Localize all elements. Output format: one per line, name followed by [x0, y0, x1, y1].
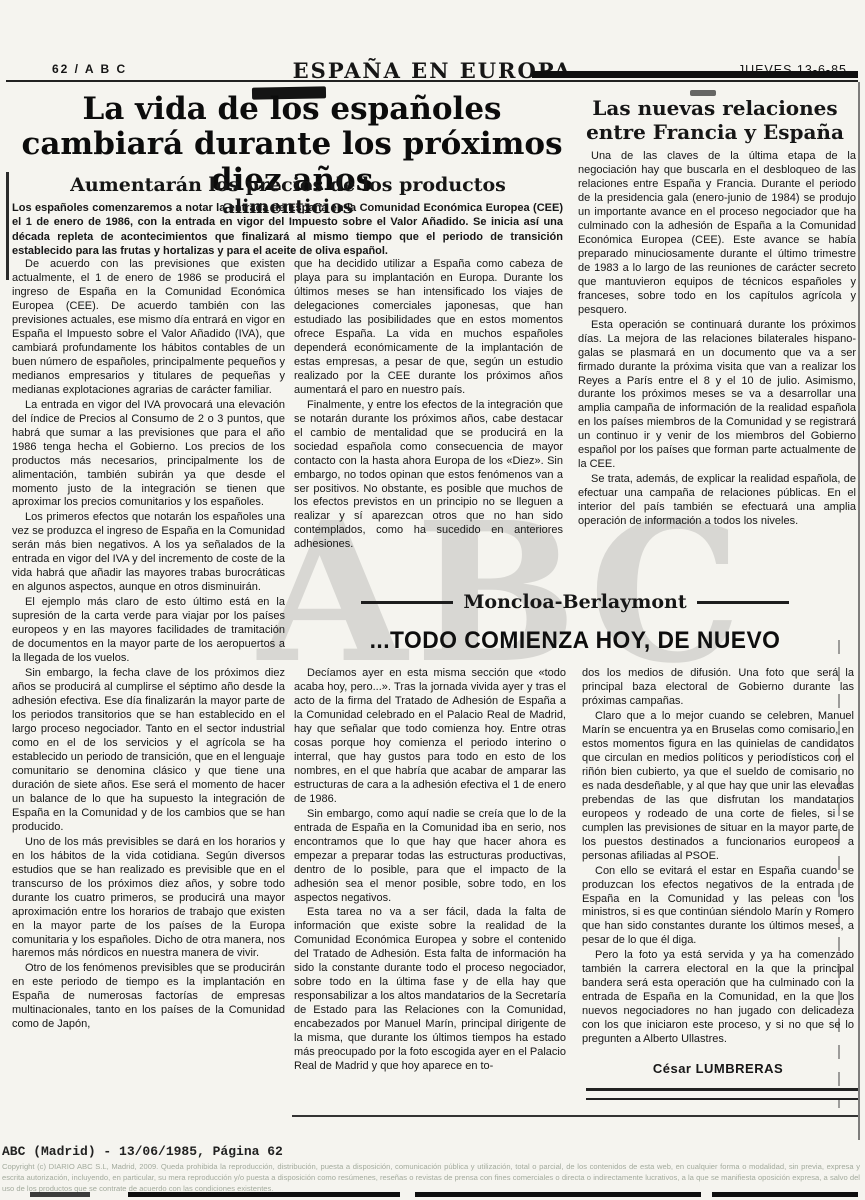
- paragraph: De acuerdo con las previsiones que exist…: [12, 258, 285, 398]
- header-rule: [6, 80, 858, 82]
- paragraph: Otro de los fenómenos previsibles que se…: [12, 962, 285, 1032]
- scan-bottom-bar: [30, 1192, 90, 1197]
- main-article-column-2: que ha decidido utilizar a España como c…: [294, 258, 563, 600]
- page-header: 62 / A B C ESPAÑA EN EUROPA JUEVES 13-6-…: [0, 58, 865, 82]
- paragraph: La entrada en vigor del IVA provocará un…: [12, 399, 285, 511]
- paragraph: Uno de los más previsibles se dará en lo…: [12, 836, 285, 962]
- moncloa-column-2-text: dos los medios de difusión. Una foto que…: [582, 667, 854, 1047]
- paragraph: Finalmente, y entre los efectos de la in…: [294, 399, 563, 553]
- scan-edge-line: [858, 82, 860, 1140]
- paragraph: Con ello se evitará el estar en España c…: [582, 865, 854, 949]
- paragraph: Claro que a lo mejor cuando se celebren,…: [582, 710, 854, 864]
- paragraph: dos los medios de difusión. Una foto que…: [582, 667, 854, 709]
- scan-bottom-bar: [415, 1192, 701, 1197]
- paragraph: Se trata, además, de explicar la realida…: [578, 473, 856, 529]
- paragraph: El ejemplo más claro de esto último está…: [12, 596, 285, 666]
- side-article-body: Una de las claves de la última etapa de …: [578, 150, 856, 596]
- moncloa-column-2: dos los medios de difusión. Una foto que…: [582, 667, 854, 1078]
- moncloa-section-header: Moncloa-Berlaymont: [292, 591, 858, 613]
- moncloa-section-label: Moncloa-Berlaymont: [463, 591, 686, 613]
- copyright-notice: Copyright (c) DIARIO ABC S.L, Madrid, 20…: [2, 1162, 860, 1194]
- main-lead-paragraph: Los españoles comenzaremos a notar la en…: [12, 201, 563, 258]
- moncloa-column-1: Decíamos ayer en esta misma sección que …: [294, 667, 566, 1078]
- paragraph: Pero la foto ya está servida y ya ha com…: [582, 949, 854, 1047]
- main-article-column-1: De acuerdo con las previsiones que exist…: [12, 258, 285, 1134]
- newspaper-page-scan: 62 / A B C ESPAÑA EN EUROPA JUEVES 13-6-…: [0, 0, 865, 1200]
- side-article-headline: Las nuevas relaciones entre Francia y Es…: [582, 96, 848, 144]
- archive-source-line: ABC (Madrid) - 13/06/1985, Página 62: [2, 1144, 283, 1159]
- paragraph: Esta operación se continuará durante los…: [578, 319, 856, 473]
- paragraph: Decíamos ayer en esta misma sección que …: [294, 667, 566, 807]
- moncloa-berlaymont-box: Moncloa-Berlaymont ...TODO COMIENZA HOY,…: [292, 585, 858, 1117]
- section-rule-left: [361, 601, 453, 604]
- paragraph: Esta tarea no va a ser fácil, dada la fa…: [294, 906, 566, 1074]
- scan-margin-mark: [6, 172, 9, 280]
- paragraph: Los primeros efectos que notarán los esp…: [12, 511, 285, 595]
- scan-bottom-bar: [712, 1192, 858, 1197]
- byline: César LUMBRERAS: [582, 1061, 854, 1078]
- moncloa-headline: ...TODO COMIENZA HOY, DE NUEVO: [306, 627, 844, 655]
- header-rule-thick: [532, 71, 858, 78]
- scan-bottom-bar: [128, 1192, 400, 1197]
- section-rule-right: [697, 601, 789, 604]
- paragraph: Una de las claves de la última etapa de …: [578, 150, 856, 318]
- article-end-rule: [586, 1088, 858, 1100]
- moncloa-columns: Decíamos ayer en esta misma sección que …: [292, 667, 858, 1078]
- paragraph: Sin embargo, la fecha clave de los próxi…: [12, 667, 285, 835]
- paragraph: Sin embargo, como aquí nadie se creía qu…: [294, 808, 566, 906]
- paragraph: que ha decidido utilizar a España como c…: [294, 258, 563, 398]
